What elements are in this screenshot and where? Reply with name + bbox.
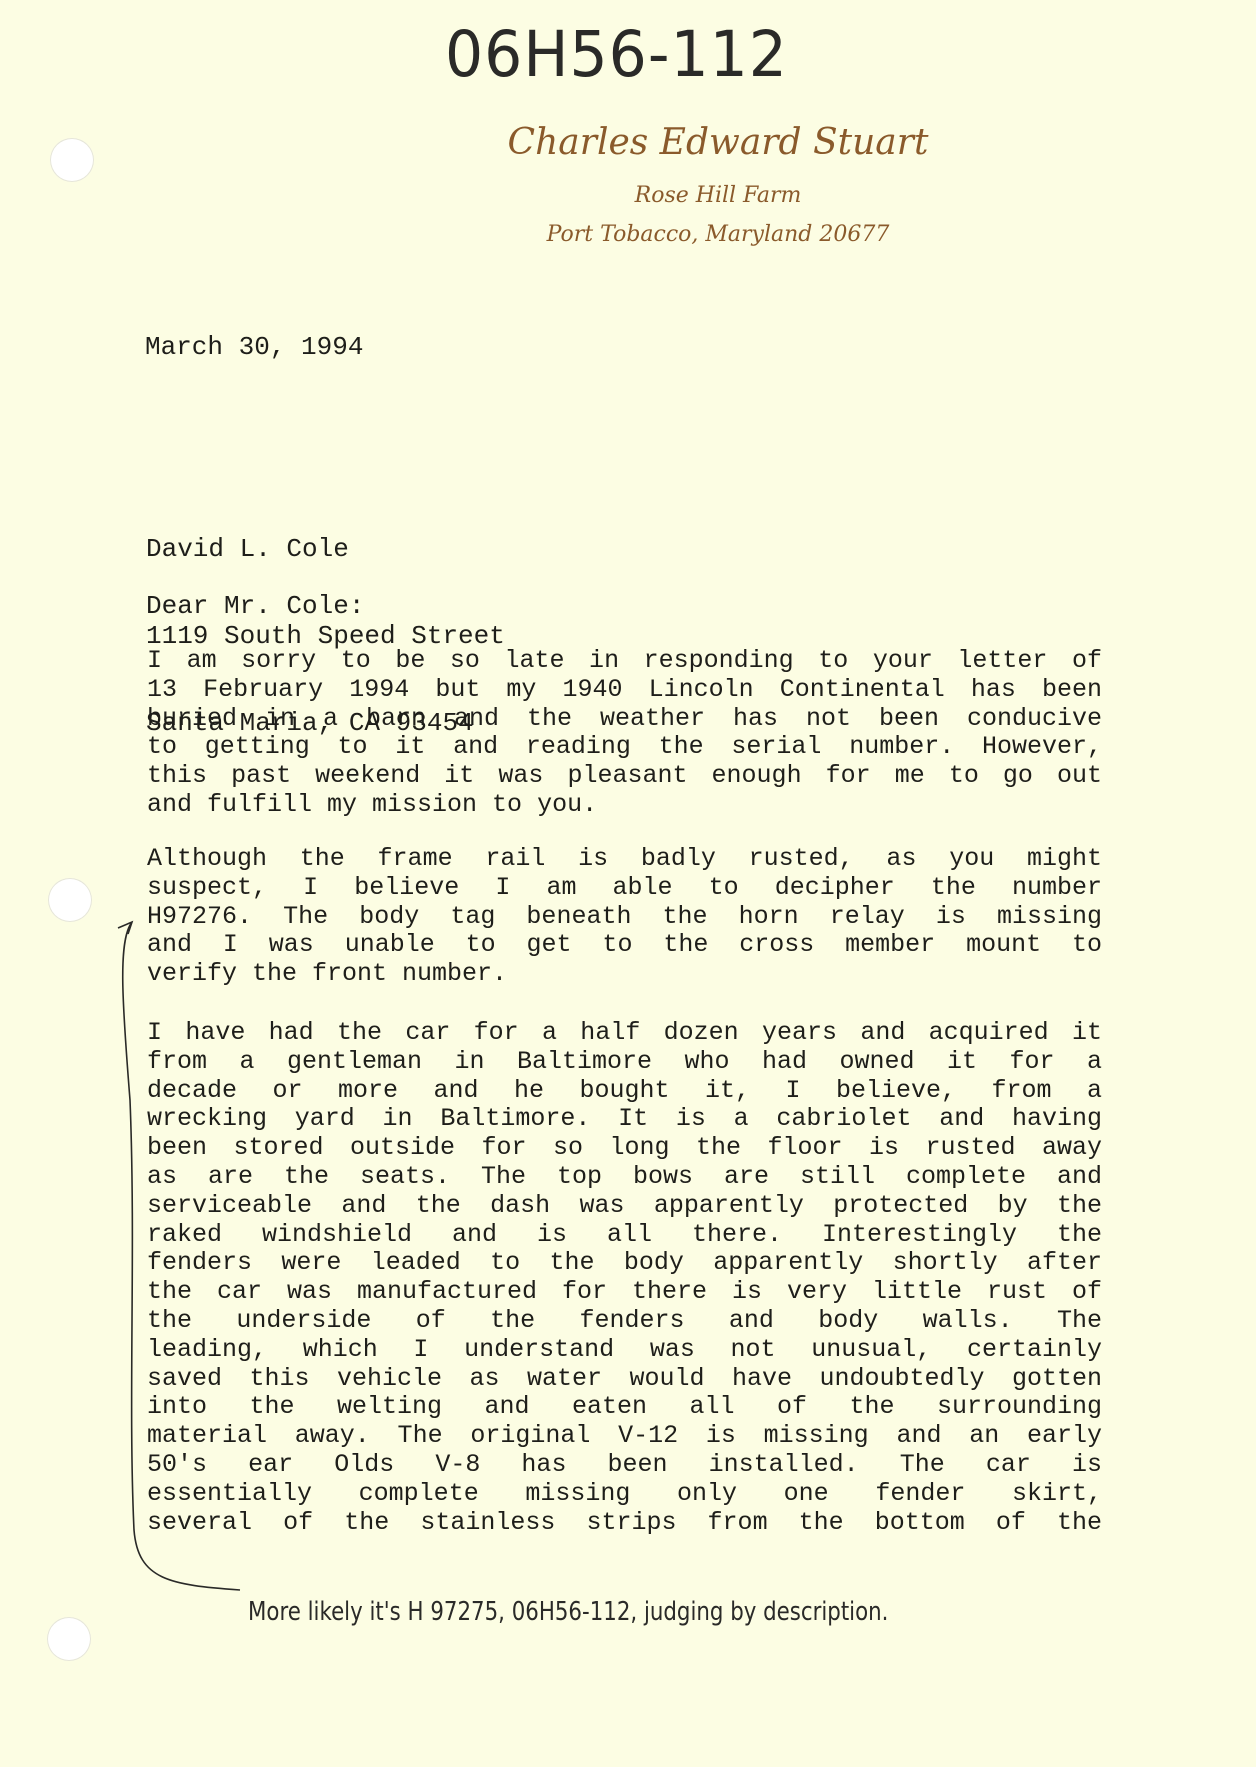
handwritten-annotation: More likely it's H 97275, 06H56-112, jud…: [248, 1597, 888, 1627]
handwritten-bracket-arrow: [0, 0, 1256, 1767]
